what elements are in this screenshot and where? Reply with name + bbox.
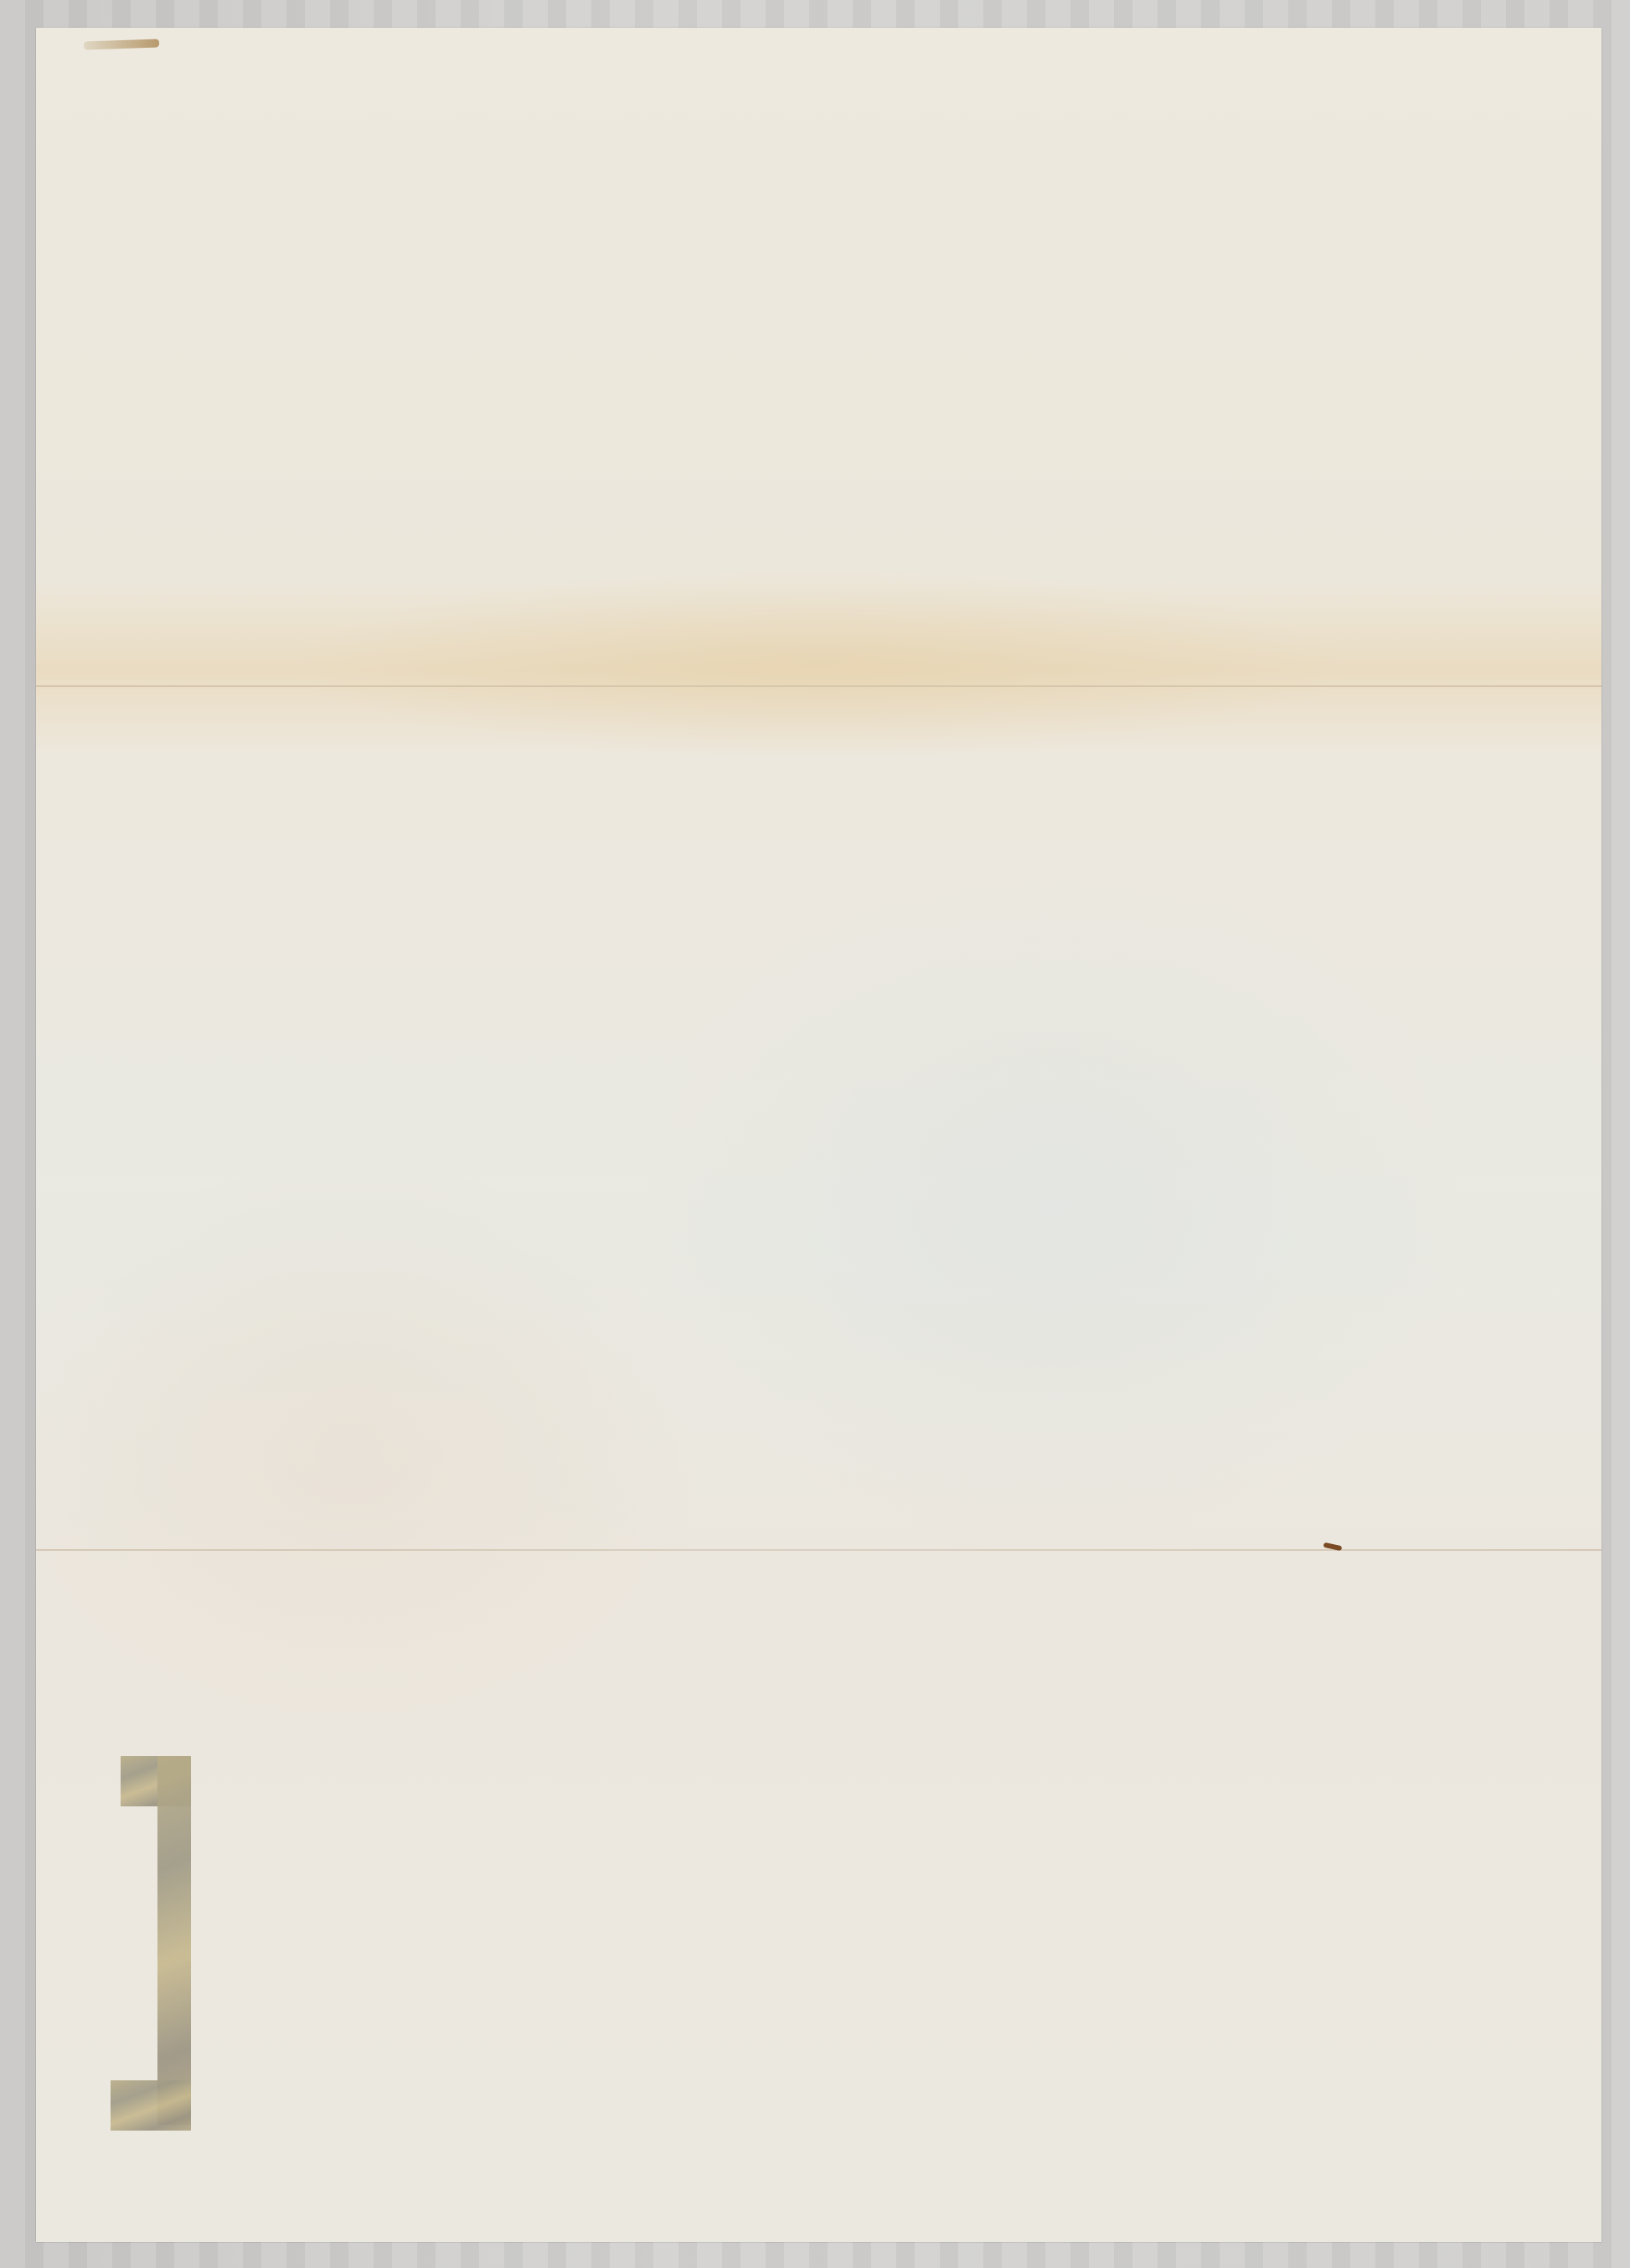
blank-paper-sheet xyxy=(36,28,1602,2242)
fold-line-lower xyxy=(36,1549,1602,1551)
tape-strip-bottom xyxy=(111,2080,191,2131)
fold-line-upper xyxy=(36,685,1602,687)
ink-smudge-mark xyxy=(84,39,159,49)
tape-strip-vertical xyxy=(157,1756,191,2125)
